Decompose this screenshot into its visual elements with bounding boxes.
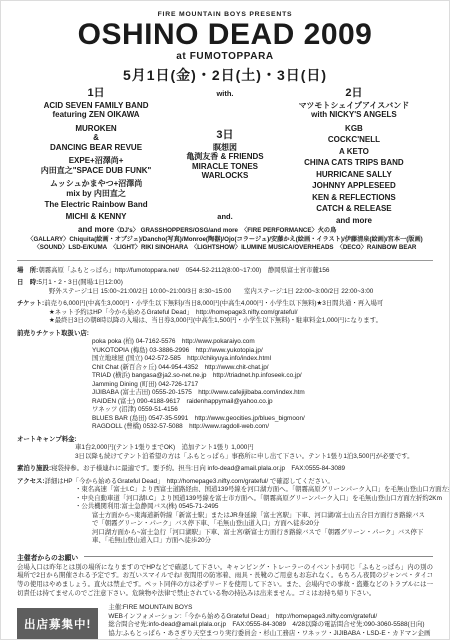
lodging-text: 寝袋持参。お子様連れに最適です。要予約。担当:日向 info-dead@amai… — [51, 465, 345, 472]
shop-item: TRIAD (横浜) bangasa@ja2.so-net.ne.jp http… — [92, 372, 433, 381]
shops-heading-text: 前売りチケット取扱い店: — [17, 330, 89, 337]
act: 瞑想図 — [186, 143, 263, 153]
act: COCKC'NELL — [275, 135, 433, 145]
act: マツモトシェイプアイスバンド — [275, 101, 433, 111]
contact-line: 総合問合せ先:info-dead@amail.plala.or.jp FAX:0… — [108, 621, 430, 630]
shop-item: RAGDOLL (豊橋) 0532-57-5088 http://www.rag… — [92, 423, 433, 432]
shops-heading: 前売りチケット取扱い店: — [17, 330, 433, 339]
act: DANCING BEAR REVUE — [17, 143, 175, 153]
access-route-chuo: ・中央自動車道「河口湖I.C」より国道139号線を富士市方面へ。「朝霧高原グリー… — [75, 495, 433, 504]
with-label: with. — [216, 89, 233, 99]
stage-times: 野外ステージ:1日 15:00~21:00/2日 10:00~21:00/3日 … — [49, 288, 433, 297]
act: EXPE+沼澤尚+ — [17, 156, 175, 166]
shop-item: YUKOTOPIA (梅島) 03-3886-2996 http://www.y… — [92, 347, 433, 356]
act: ムッシュかまやつ+沼澤尚 — [17, 179, 175, 189]
act: mix by 内田直之 — [17, 189, 175, 199]
act: with NICKY'S ANGELS — [275, 110, 433, 120]
day1-heading: 1日 — [17, 89, 175, 99]
ticket-lastday: ★最終日3日の朝8時以降の入場は、当日券3,000円(中高生1,500円・小学生… — [49, 317, 433, 326]
datetime-text: 5月1・2・3日(開場:1日12:00) — [38, 279, 123, 286]
event-poster: FIRE MOUNTAIN BOYS PRESENTS OSHINO DEAD … — [0, 0, 450, 640]
lineup-day3: 3日 瞑想図 亀渕友香 & FRIENDS MIRACLE TONES WARL… — [186, 131, 263, 181]
lineup-middle: with. 3日 瞑想図 亀渕友香 & FRIENDS MIRACLE TONE… — [175, 89, 275, 221]
act: CHINA CATS TRIPS BAND — [275, 158, 433, 168]
act: MICHI & KENNY — [17, 212, 175, 222]
presents-line: FIRE MOUNTAIN BOYS PRESENTS — [17, 11, 433, 18]
act: ACID SEVEN FAMILY BAND — [17, 101, 175, 111]
credits-gallery: 〈GALLARY〉Chiquita(絵画・オブジェ)/Dancho(写真)/Mo… — [17, 236, 433, 245]
camp-extra: 3日以降も続けてテント泊希望の方は「ふもとっぱら」事務所に申し出て下さい。テント… — [75, 453, 433, 462]
event-dates: 5月1日(金)・2日(土)・3日(日) — [17, 65, 433, 85]
camp-heading-text: オートキャンプ料金: — [17, 436, 77, 443]
act: HURRICANE SALLY — [275, 170, 433, 180]
divider — [17, 260, 433, 261]
access-public: ・公共機関利用:富士急静岡バス(株) 0545-71-2495 — [75, 503, 433, 512]
act: MIRACLE TONES — [186, 162, 263, 172]
access-route-tomei: ・東名高速「富士I.C」より西富士道路経由、国道139号線を河口湖方面へ。「朝霧… — [75, 486, 433, 495]
organizer-line: 主催:FIRE MOUNTAIN BOYS — [108, 604, 430, 613]
info-datetime: 日 時:5月1・2・3日(開場:1日12:00) — [17, 279, 433, 288]
place-text: 朝霧高原「ふもとっぱら」http://fumotoppara.net/ 0544… — [38, 267, 329, 274]
footer-section: 出店募集中! 主催:FIRE MOUNTAIN BOYS WEBインフォメーショ… — [17, 604, 433, 640]
act: 亀渕友香 & FRIENDS — [186, 152, 263, 162]
venue-line: at FUMOTOPPARA — [17, 51, 433, 62]
day3-heading: 3日 — [186, 131, 263, 141]
act: featuring ZEN OIKAWA — [17, 110, 175, 120]
place-label: 場 所: — [17, 267, 38, 274]
act: and more — [275, 216, 433, 226]
heading-rule — [84, 556, 433, 557]
act: JOHNNY APPLESEED — [275, 181, 433, 191]
event-title: OSHINO DEAD 2009 — [17, 19, 433, 51]
camp-fee: 車1台2,000円(テント1張りまでOK) 追加テント1張り 1,000円 — [75, 444, 433, 453]
lineup-day1: 1日 ACID SEVEN FAMILY BAND featuring ZEN … — [17, 89, 175, 221]
act: The Electric Rainbow Band — [17, 200, 175, 210]
act: KGB — [275, 124, 433, 134]
request-heading: 主催者からのお願い — [17, 552, 78, 562]
credits-production: 〈SOUND〉LSD-E/KUMA 〈LIGHT〉RIKI SINOHARA 〈… — [17, 244, 433, 253]
info-place: 場 所:朝霧高原「ふもとっぱら」http://fumotoppara.net/ … — [17, 267, 433, 276]
access-label: アクセス: — [17, 478, 45, 485]
act: & — [17, 133, 175, 143]
act: MUROKEN — [17, 124, 175, 134]
shop-item: JIJIBABA (富士吉田) 0555-20-1575 http://www.… — [92, 389, 433, 398]
info-access: アクセス:詳細はHP「今から始めるGrateful Dead」 http://h… — [17, 478, 433, 487]
shop-item: 国立地球屋 (国立) 042-572-585 http://chikyuya.i… — [92, 355, 433, 364]
lineup-day2: 2日 マツモトシェイプアイスバンド with NICKY'S ANGELS KG… — [275, 89, 433, 221]
act: A KETO — [275, 147, 433, 157]
shop-item: BLUES BAR (島田) 0547-35-5991 http://www.g… — [92, 415, 433, 424]
shop-item: poka poka (柏) 04-7162-5576 http://www.po… — [92, 338, 433, 347]
info-lodging: 素泊り施設:寝袋持参。お子様連れに最適です。要予約。担当:日向 info-dea… — [17, 465, 433, 474]
vendor-recruit-badge: 出店募集中! — [17, 608, 98, 640]
info-section: 場 所:朝霧高原「ふもとっぱら」http://fumotoppara.net/ … — [17, 267, 433, 546]
access-bus-kawaguchiko: 河口湖方面から~富士急行「河口湖駅」下車、富士宮/新富士方面行き路線バスで「朝霧… — [92, 529, 431, 546]
access-text: 詳細はHP「今から始めるGrateful Dead」 http://homepa… — [45, 478, 334, 485]
poster-header: FIRE MOUNTAIN BOYS PRESENTS OSHINO DEAD … — [17, 11, 433, 85]
and-label: and. — [217, 212, 232, 222]
shop-item: Chit Chat (新百合ヶ丘) 044-954-4352 http://ww… — [92, 364, 433, 373]
datetime-label: 日 時: — [17, 279, 38, 286]
lodging-label: 素泊り施設: — [17, 465, 51, 472]
access-bus-fuji: 富士方面から~東海道新幹線「新富士駅」またはJR身延線「富士宮駅」下車、河口湖/… — [92, 512, 431, 529]
lineup-section: 1日 ACID SEVEN FAMILY BAND featuring ZEN … — [17, 89, 433, 221]
day2-heading: 2日 — [275, 89, 433, 99]
ticket-text: 前売り6,000円(中高生3,000円・小学生以下無料)/当日8,000円(中高… — [44, 300, 383, 307]
act: KEN & REFLECTIONS — [275, 193, 433, 203]
ticket-net: ★ネット予約はHP「今から始めるGrateful Dead」 http://ho… — [49, 309, 433, 318]
act: 内田直之"SPACE DUB FUNK" — [17, 166, 175, 176]
request-body: 会場入口は昨年とは別の場所になりますのでHPなどで確認して下さい。キャンピング・… — [17, 564, 433, 598]
request-heading-row: 主催者からのお願い — [17, 552, 433, 562]
footer-lines: 主催:FIRE MOUNTAIN BOYS WEBインフォメーション:「今から始… — [108, 604, 430, 640]
ticket-label: チケット: — [17, 300, 44, 307]
cooperation-line: 協力:ふもとっぱら・あさぎり天空まつり実行委員会・杉山工務店・ワネッツ・JIJI… — [108, 630, 430, 639]
shop-item: RAIDEN (富士) 090-4188-9617 raidenhappymai… — [92, 398, 433, 407]
camp-heading: オートキャンプ料金: — [17, 436, 433, 445]
organizer-request: 主催者からのお願い 会場入口は昨年とは別の場所になりますのでHPなどで確認して下… — [17, 552, 433, 598]
shop-item: Jamming Dining (町田) 042-726-1717 — [92, 381, 433, 390]
info-ticket: チケット:前売り6,000円(中高生3,000円・小学生以下無料)/当日8,00… — [17, 300, 433, 309]
shop-item: ワネッツ (沼津) 0559-51-4156 — [92, 406, 433, 415]
act: WARLOCKS — [186, 171, 263, 181]
act: CATCH & RELEASE — [275, 204, 433, 214]
